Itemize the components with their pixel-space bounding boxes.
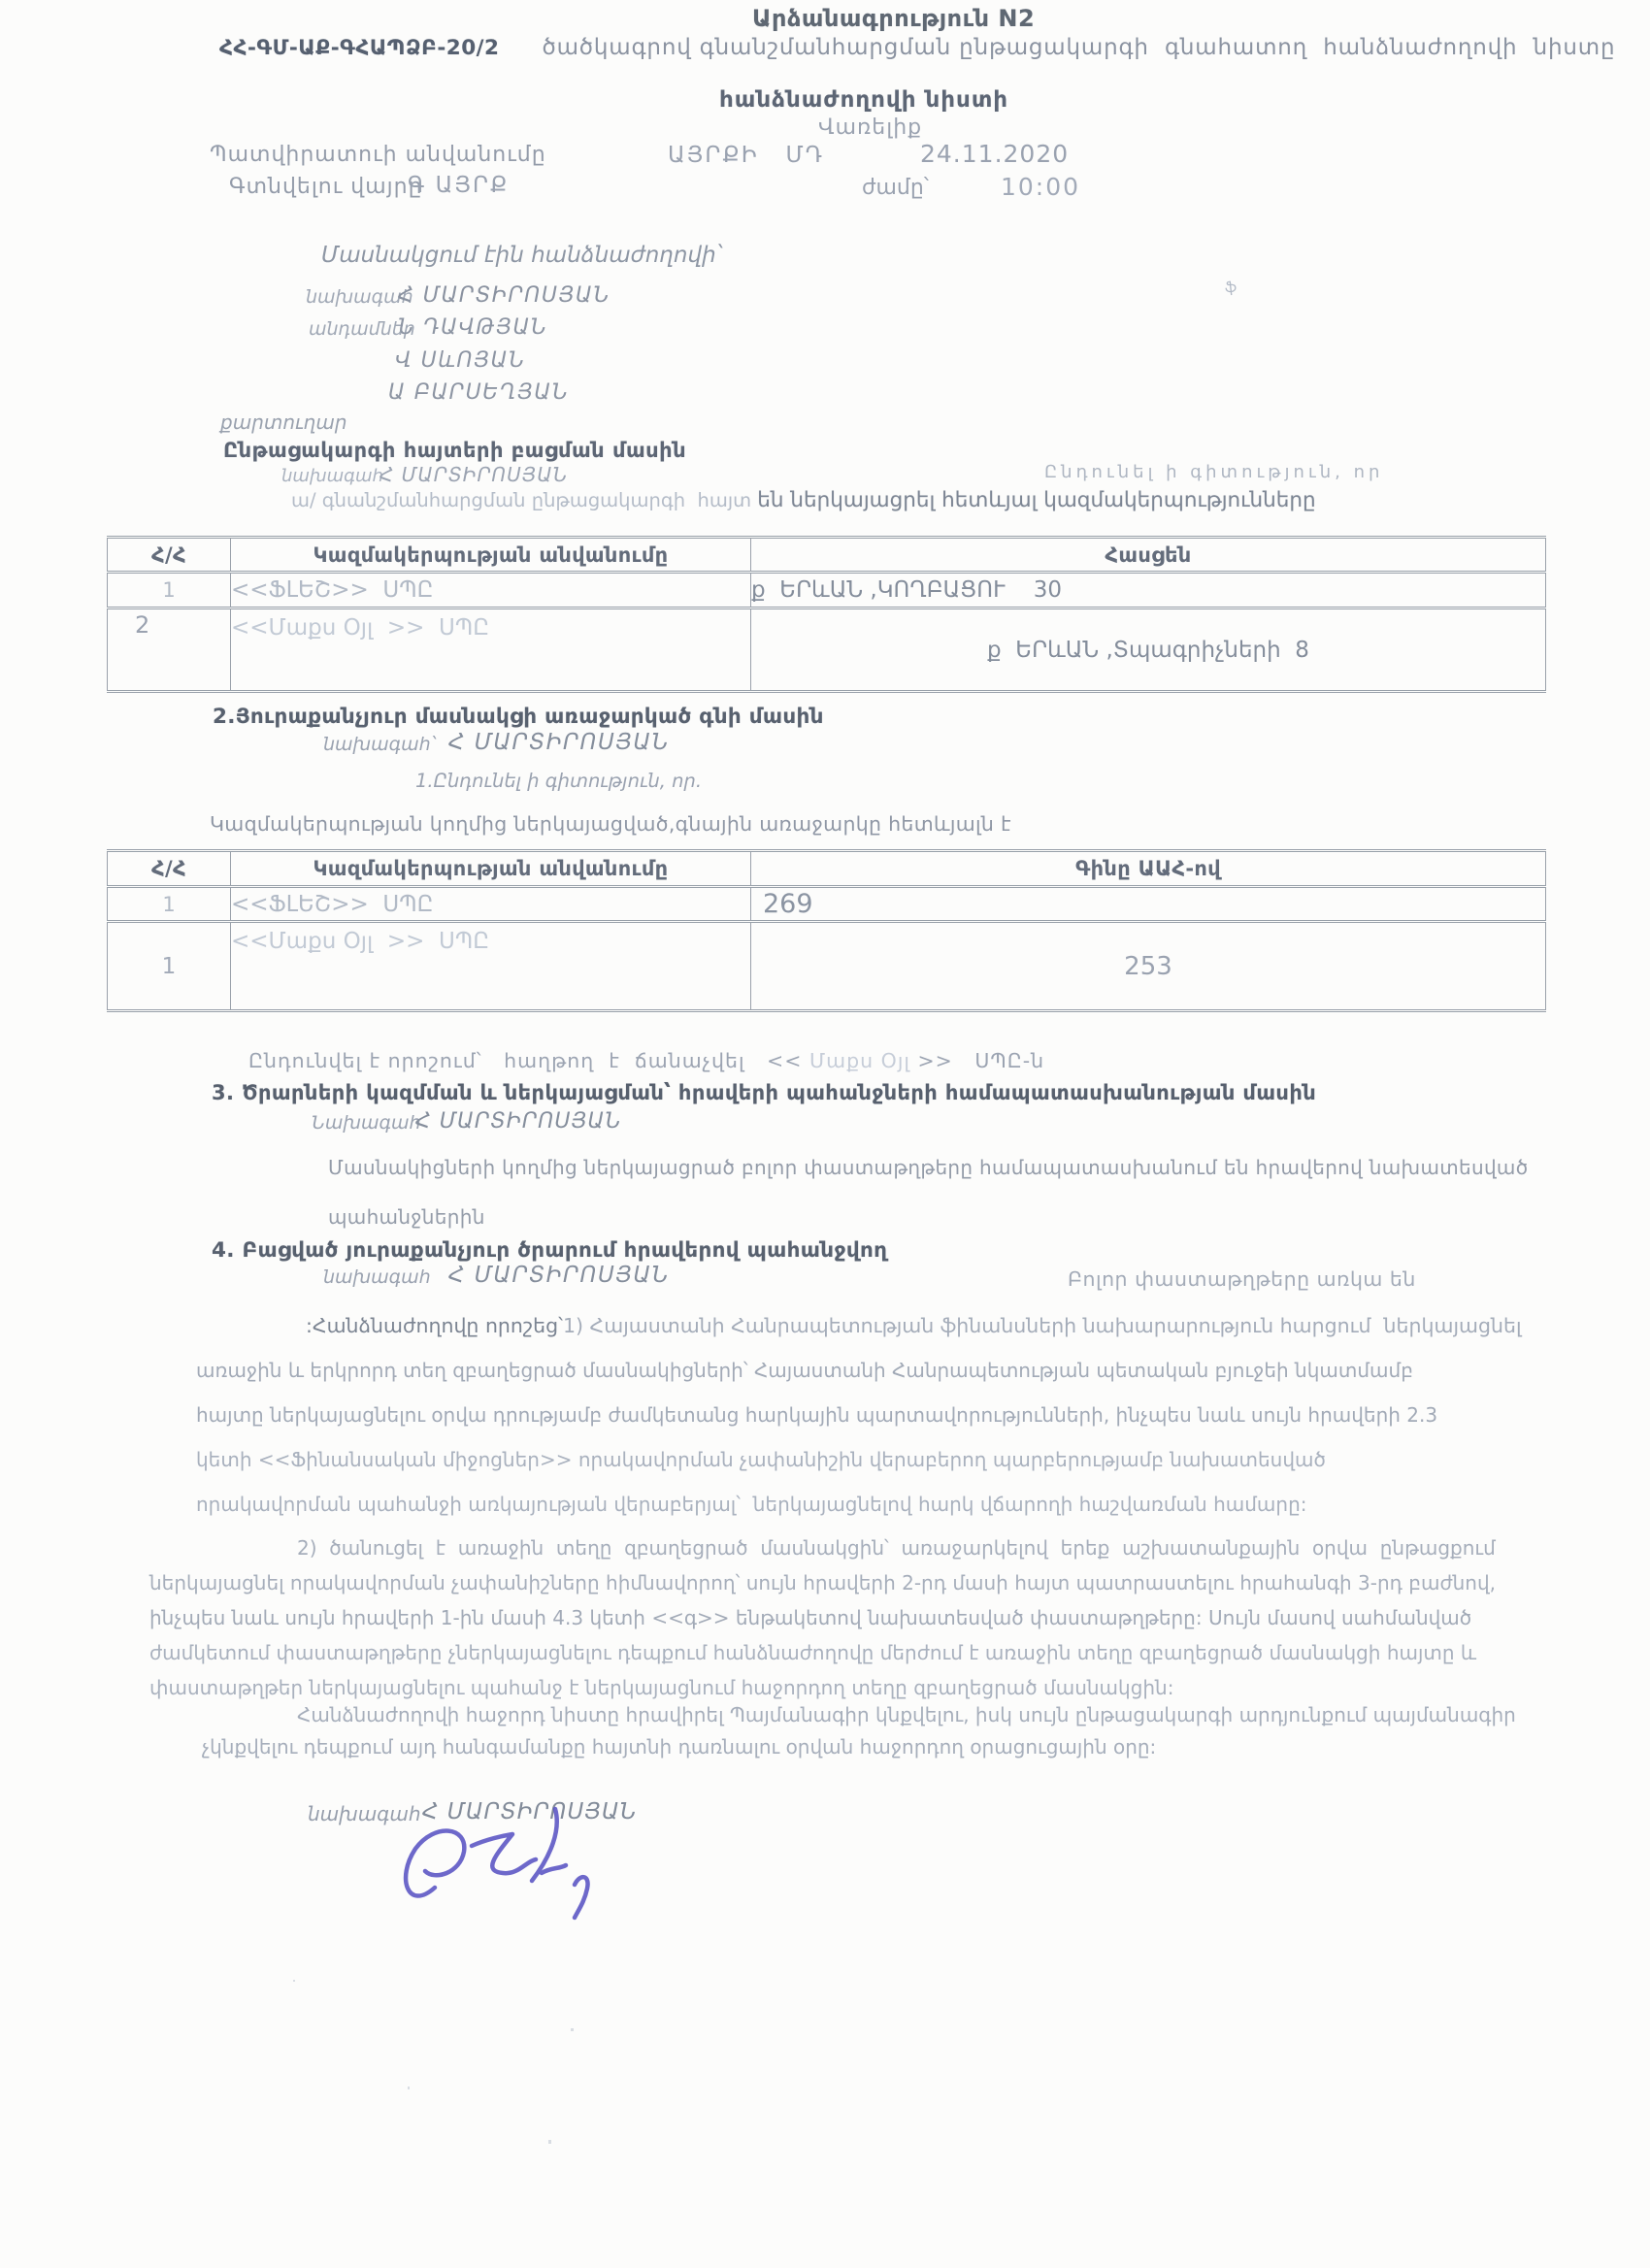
decision-paragraph2-line1: 2) ծանուցել է առաջին տեղը զբաղեցրած մասն… xyxy=(297,1537,1496,1560)
prices-table-row: 1 <<ՖԼԵՇ>> ՍՊԸ 269 xyxy=(108,887,1546,922)
prices-col-num: Հ/Հ xyxy=(108,851,231,887)
winner-company-name: Մաքս Օյլ xyxy=(802,1049,917,1072)
bidder1-name: <<ՖԼԵՇ>> ՍՊԸ xyxy=(231,573,751,608)
member-name-3: Ա ԲԱՐՍԵՂՅԱՆ xyxy=(388,380,569,405)
bidders-table: Հ/Հ Կազմակերպության անվանումը Հասցեն 1 <… xyxy=(107,536,1546,693)
scan-speck xyxy=(571,2028,574,2031)
section3-body-line1: Մասնակիցների կողմից ներկայացրած բոլոր փա… xyxy=(328,1157,1528,1179)
section3-chair-name: Հ ՄԱՐՏԻՐՈՍՅԱՆ xyxy=(415,1109,621,1134)
winner-decision-line: Ընդունվել է որոշում՝ հաղթող է ճանաչվել <… xyxy=(248,1050,1044,1073)
client-label: Պատվիրատուի անվանումը xyxy=(210,143,546,167)
scan-speck xyxy=(548,2140,551,2144)
section1-intro-strong: են ներկայացրել հետևյալ կազմակերպությունն… xyxy=(757,488,1315,512)
section2-intro: Կազմակերպության կողմից ներկայացված,գնայի… xyxy=(210,813,1011,837)
committee-decided-label: :Հանձնաժողովը որոշեց՝ xyxy=(306,1314,563,1337)
section3-chair-label: Նախագահ xyxy=(312,1113,421,1134)
member-name-2: Վ ՍևՈՅԱՆ xyxy=(395,348,526,373)
time-label: ժամը՝ xyxy=(862,176,929,200)
bidder1-num: 1 xyxy=(108,573,231,608)
decision-paragraph1-line4: կետի <<Ֆինանսական միջոցներ>> որակավորման… xyxy=(196,1449,1326,1471)
signature-loop-stroke xyxy=(406,1831,464,1896)
bidder1-address: ք ԵՐևԱՆ ,ԿՈՂԲԱՑՈՒ 30 xyxy=(751,573,1546,608)
bidders-col-num: Հ/Հ xyxy=(108,538,231,573)
next-session-line1: Հանձնաժողովի հաջորդ նիստը հրավիրել Պայմա… xyxy=(297,1704,1516,1726)
price1-value: 269 xyxy=(751,887,1546,922)
stray-scan-mark: ֆ xyxy=(1224,279,1237,296)
bidders-table-row: 2 <<Մաքս Օյլ >> ՍՊԸ ք ԵՐևԱՆ ,Տպագրիչների… xyxy=(108,608,1546,692)
location-label: Գտնվելու վայրը xyxy=(229,175,423,199)
handwritten-signature xyxy=(388,1795,611,1951)
decision-paragraph1-line1: :Հանձնաժողովը որոշեց՝1) Հայաստանի Հանրապ… xyxy=(306,1315,1522,1338)
section2-note: 1.Ընդունել ի գիտություն, որ. xyxy=(415,771,702,792)
scan-speck xyxy=(293,1980,295,1982)
attendees-heading: Մասնակցում էին հանձնաժողովի՝ xyxy=(321,243,721,268)
decision-text-pre: Ընդունվել է որոշում՝ հաղթող է ճանաչվել <… xyxy=(248,1049,802,1072)
bidder2-num: 2 xyxy=(108,608,231,692)
prices-table: Հ/Հ Կազմակերպության անվանումը Գինը ԱԱՀ-ո… xyxy=(107,849,1546,1012)
signature-final-stroke xyxy=(575,1877,588,1918)
prices-col-name: Կազմակերպության անվանումը xyxy=(231,851,751,887)
prices-col-price: Գինը ԱԱՀ-ով xyxy=(751,851,1546,887)
meeting-date: 24.11.2020 xyxy=(920,141,1069,169)
section1-resolution-note: Ընդունել ի գիտություն, որ xyxy=(1044,463,1383,483)
scanned-protocol-page: Արձանագրություն N2 ՀՀ-ԳՄ-ԱՔ-ԳՀԱՊՁԲ-20/2ծ… xyxy=(0,0,1650,2268)
bidder2-name: <<Մաքս Օյլ >> ՍՊԸ xyxy=(231,608,751,692)
price2-num: 1 xyxy=(108,922,231,1011)
signature-stroke-group xyxy=(406,1809,587,1918)
price2-value: 253 xyxy=(751,922,1546,1011)
doc-subtitle: հանձնաժողովի նիստի xyxy=(719,87,1008,113)
procurement-subject: Վառելիք xyxy=(818,115,922,140)
price1-num: 1 xyxy=(108,887,231,922)
secretary-label: քարտուղար xyxy=(220,411,347,434)
decision-paragraph2-line5: փաստաթղթեր ներկայացնելու պահանջ է ներկայ… xyxy=(149,1677,1173,1699)
section4-chair-label: նախագահ xyxy=(323,1267,431,1289)
location-value: Գ ԱՅՐՔ xyxy=(408,173,509,198)
procurement-code-line: ՀՀ-ԳՄ-ԱՔ-ԳՀԱՊՁԲ-20/2ծածկագրով գնանշմանհա… xyxy=(219,35,1615,61)
section3-heading: 3. Ծրարների կազմման և ներկայացման՝ հրավե… xyxy=(212,1081,1316,1104)
section1-heading: Ընթացակարգի հայտերի բացման մասին xyxy=(223,439,686,462)
section2-heading: 2.Յուրաքանչյուր մասնակցի առաջարկած գնի մ… xyxy=(213,706,824,730)
section1-chair-name: Հ ՄԱՐՏԻՐՈՍՅԱՆ xyxy=(379,464,568,486)
next-session-line2: չկնքվելու դեպքում այդ հանգամանքը հայտնի … xyxy=(202,1736,1156,1759)
price2-name: <<Մաքս Օյլ >> ՍՊԸ xyxy=(231,922,751,1011)
decision-paragraph2-line4: ժամկետում փաստաթղթերը չներկայացնելու դեպ… xyxy=(149,1642,1476,1664)
signature-tail-stroke xyxy=(542,1865,566,1873)
doc-title: Արձանագրություն N2 xyxy=(752,6,1035,33)
section1-chair-label: նախագահ xyxy=(281,467,383,487)
decision-paragraph1-line1-rest: 1) Հայաստանի Հանրապետության ֆինանսների ն… xyxy=(563,1314,1522,1337)
member-name-1: Ն ԴԱՎԹՅԱՆ xyxy=(398,315,547,340)
time-value: 10:00 xyxy=(1001,174,1080,202)
decision-paragraph1-line3: հայտը ներկայացնելու օրվա դրությամբ ժամկե… xyxy=(196,1404,1437,1427)
decision-paragraph2-line2: ներկայացնել որակավորման չափանիշները հիմն… xyxy=(149,1572,1496,1594)
procurement-code-description: ծածկագրով գնանշմանհարցման ընթացակարգի գն… xyxy=(542,35,1615,60)
bidders-table-row: 1 <<ՖԼԵՇ>> ՍՊԸ ք ԵՐևԱՆ ,ԿՈՂԲԱՑՈՒ 30 xyxy=(108,573,1546,608)
decision-paragraph2-line3: ինչպես նաև սույն հրավերի 1-ին մասի 4.3 կ… xyxy=(149,1607,1471,1629)
section4-note-right: Բոլոր փաստաթղթերը առկա են xyxy=(1068,1268,1416,1292)
section1-intro-line: ա/ գնանշմանհարցման ընթացակարգի հայտ են ն… xyxy=(291,489,1316,513)
bidders-col-address: Հասցեն xyxy=(751,538,1546,573)
bidders-col-name: Կազմակերպության անվանումը xyxy=(231,538,751,573)
bidder2-address: ք ԵՐևԱՆ ,Տպագրիչների 8 xyxy=(751,608,1546,692)
decision-paragraph1-line2: առաջին և երկրորդ տեղ զբաղեցրած մասնակիցն… xyxy=(196,1360,1413,1382)
prices-table-row: 1 <<Մաքս Օյլ >> ՍՊԸ 253 xyxy=(108,922,1546,1011)
decision-paragraph1-line5: որակավորման պահանջի առկայության վերաբերյ… xyxy=(196,1494,1307,1516)
bidders-table-header-row: Հ/Հ Կազմակերպության անվանումը Հասցեն xyxy=(108,538,1546,573)
chairman-name: Հ ՄԱՐՏԻՐՈՍՅԱՆ xyxy=(398,283,610,308)
price1-name: <<ՖԼԵՇ>> ՍՊԸ xyxy=(231,887,751,922)
client-value: ԱՅՐՔԻ ՄԴ xyxy=(668,143,824,168)
section2-chair-label: նախագահ՝ xyxy=(323,735,435,756)
decision-text-post: >> ՍՊԸ-ն xyxy=(917,1049,1044,1072)
scan-speck xyxy=(408,2087,410,2089)
section1-intro-faint: ա/ գնանշմանհարցման ընթացակարգի հայտ xyxy=(291,489,757,511)
section3-body-line2: պահանջներին xyxy=(328,1206,485,1229)
section4-chair-name: Հ ՄԱՐՏԻՐՈՍՅԱՆ xyxy=(448,1263,670,1288)
section2-chair-name: Հ ՄԱՐՏԻՐՈՍՅԱՆ xyxy=(448,730,670,755)
prices-table-header-row: Հ/Հ Կազմակերպության անվանումը Գինը ԱԱՀ-ո… xyxy=(108,851,1546,887)
procurement-code: ՀՀ-ԳՄ-ԱՔ-ԳՀԱՊՁԲ-20/2 xyxy=(219,36,499,60)
section4-heading: 4. Բացված յուրաքանչյուր ծրարում հրավերով… xyxy=(212,1239,887,1264)
signature-zigzag-stroke xyxy=(472,1834,536,1873)
